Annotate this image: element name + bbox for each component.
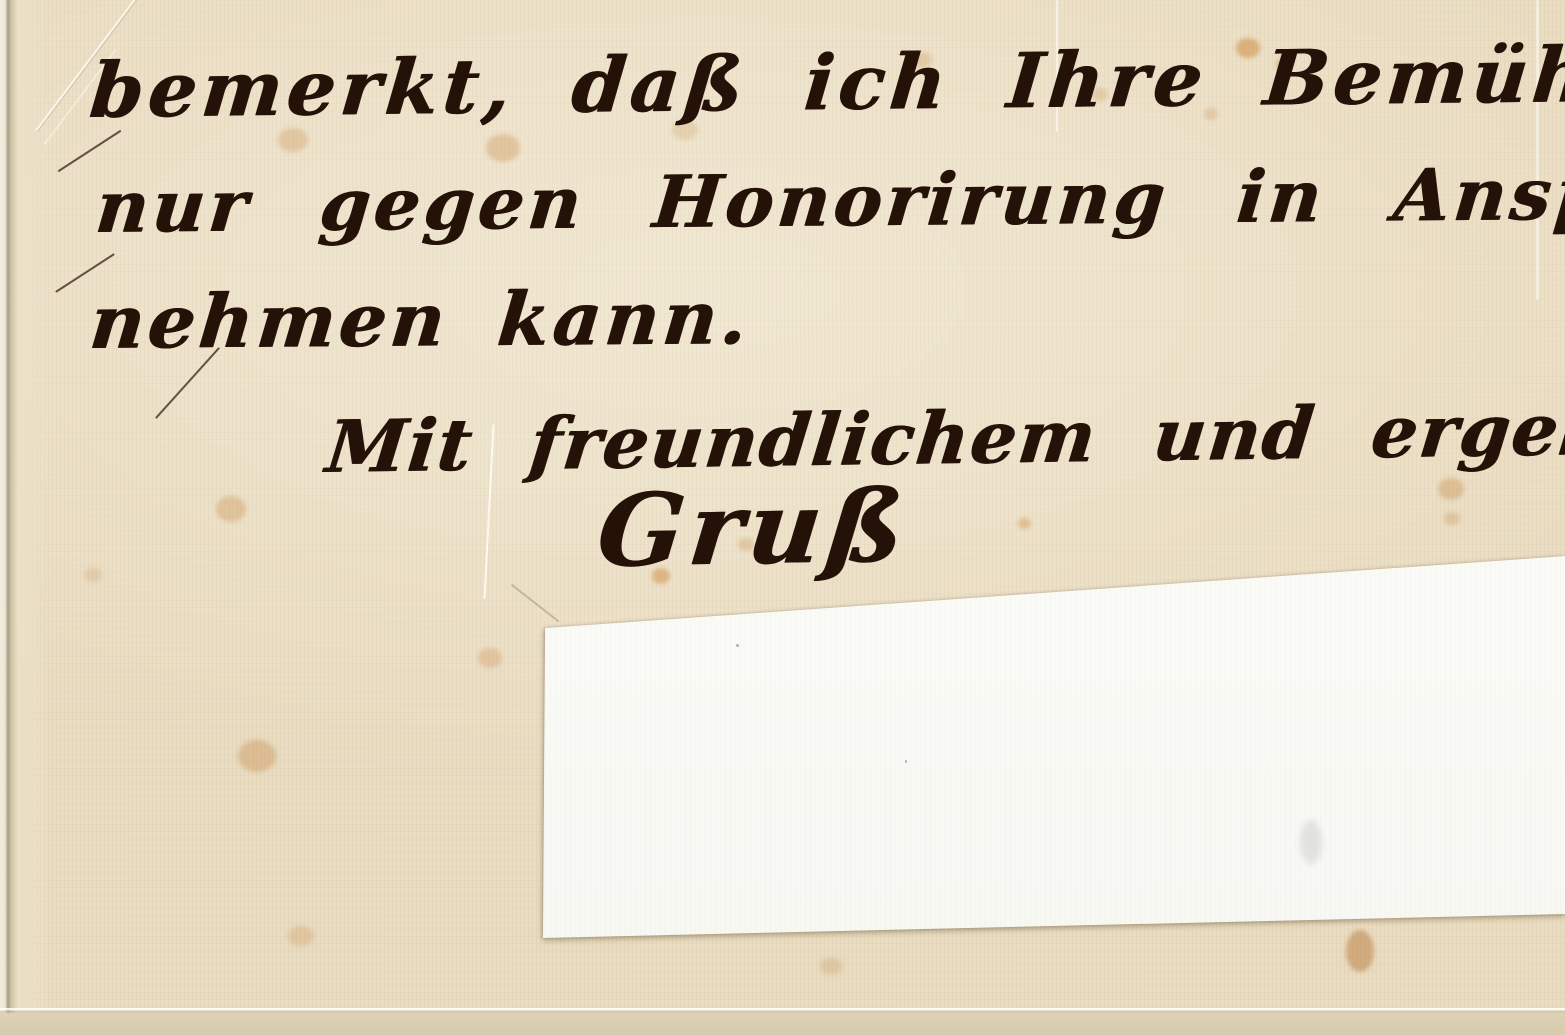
letter-scan: bemerkt, daß ich Ihre Bemühung nur gegen…	[0, 0, 1565, 1035]
bottom-fold	[0, 1008, 1565, 1035]
patch-speck	[736, 644, 739, 647]
white-paper-patch-texture	[0, 0, 1565, 1035]
patch-smudge	[1300, 820, 1322, 864]
white-paper-patch	[0, 0, 1565, 1035]
patch-speck	[905, 760, 907, 763]
